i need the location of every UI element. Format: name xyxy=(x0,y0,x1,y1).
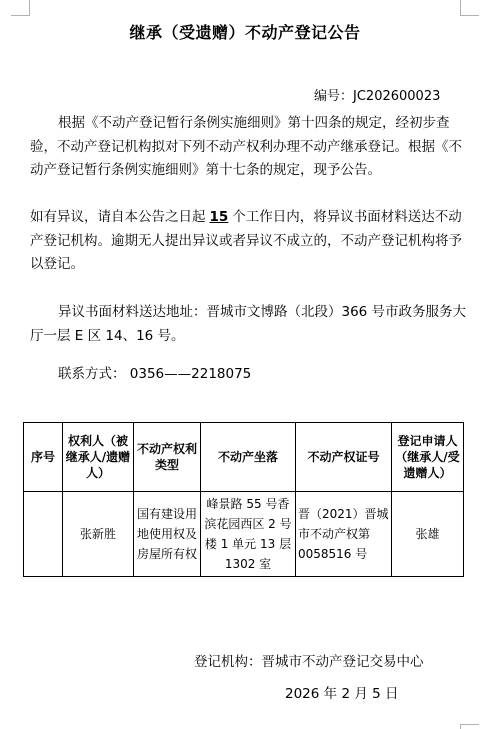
page-corner-mark xyxy=(11,0,30,16)
announcement-date: 2026 年 2 月 5 日 xyxy=(285,682,399,702)
paragraph-address: 异议书面材料送达地址：晋城市文博路（北段）366 号市政务服务大厅一层 E 区 … xyxy=(30,301,470,348)
objection-text-before: 如有异议，请自本公告之日起 xyxy=(30,209,206,225)
objection-days: 15 xyxy=(206,209,233,225)
cell-location: 峰景路 55 号香滨花园西区 2 号楼 1 单元 13 层 1302 室 xyxy=(201,492,296,577)
header-index: 序号 xyxy=(24,423,63,492)
paragraph-legal-basis: 根据《不动产登记暂行条例实施细则》第十四条的规定，经初步查验，不动产登记机构拟对… xyxy=(30,112,470,183)
table-header-row: 序号 权利人（被继承人/遗赠人） 不动产权利类型 不动产坐落 不动产权证号 登记… xyxy=(24,423,464,492)
page-corner-mark xyxy=(460,0,479,16)
cell-applicant: 张雄 xyxy=(392,492,464,577)
cell-index xyxy=(24,492,63,577)
header-location: 不动产坐落 xyxy=(201,423,296,492)
cell-certificate: 晋（2021）晋城市不动产权第 0058516 号 xyxy=(296,492,392,577)
cell-right-type: 国有建设用地使用权及房屋所有权 xyxy=(134,492,201,577)
header-right-type: 不动产权利类型 xyxy=(134,423,201,492)
serial-label: 编号： xyxy=(314,89,353,104)
table-row: 张新胜 国有建设用地使用权及房屋所有权 峰景路 55 号香滨花园西区 2 号楼 … xyxy=(24,492,464,577)
paragraph-objection: 如有异议，请自本公告之日起15个工作日内，将异议书面材料送达不动产登记机构。逾期… xyxy=(30,206,470,277)
property-table: 序号 权利人（被继承人/遗赠人） 不动产权利类型 不动产坐落 不动产权证号 登记… xyxy=(23,422,464,577)
registration-organization: 登记机构：晋城市不动产登记交易中心 xyxy=(194,650,424,670)
serial-value: JC202600023 xyxy=(353,89,440,104)
cell-holder: 张新胜 xyxy=(63,492,134,577)
serial-number: 编号：JC202600023 xyxy=(314,85,440,104)
header-applicant: 登记申请人（继承人/受遗赠人） xyxy=(392,423,464,492)
header-holder: 权利人（被继承人/遗赠人） xyxy=(63,423,134,492)
paragraph-contact: 联系方式： 0356——2218075 xyxy=(58,363,490,387)
document-title: 继承（受遗赠）不动产登记公告 xyxy=(0,20,490,43)
page-corner-mark xyxy=(460,724,479,729)
header-certificate: 不动产权证号 xyxy=(296,423,392,492)
